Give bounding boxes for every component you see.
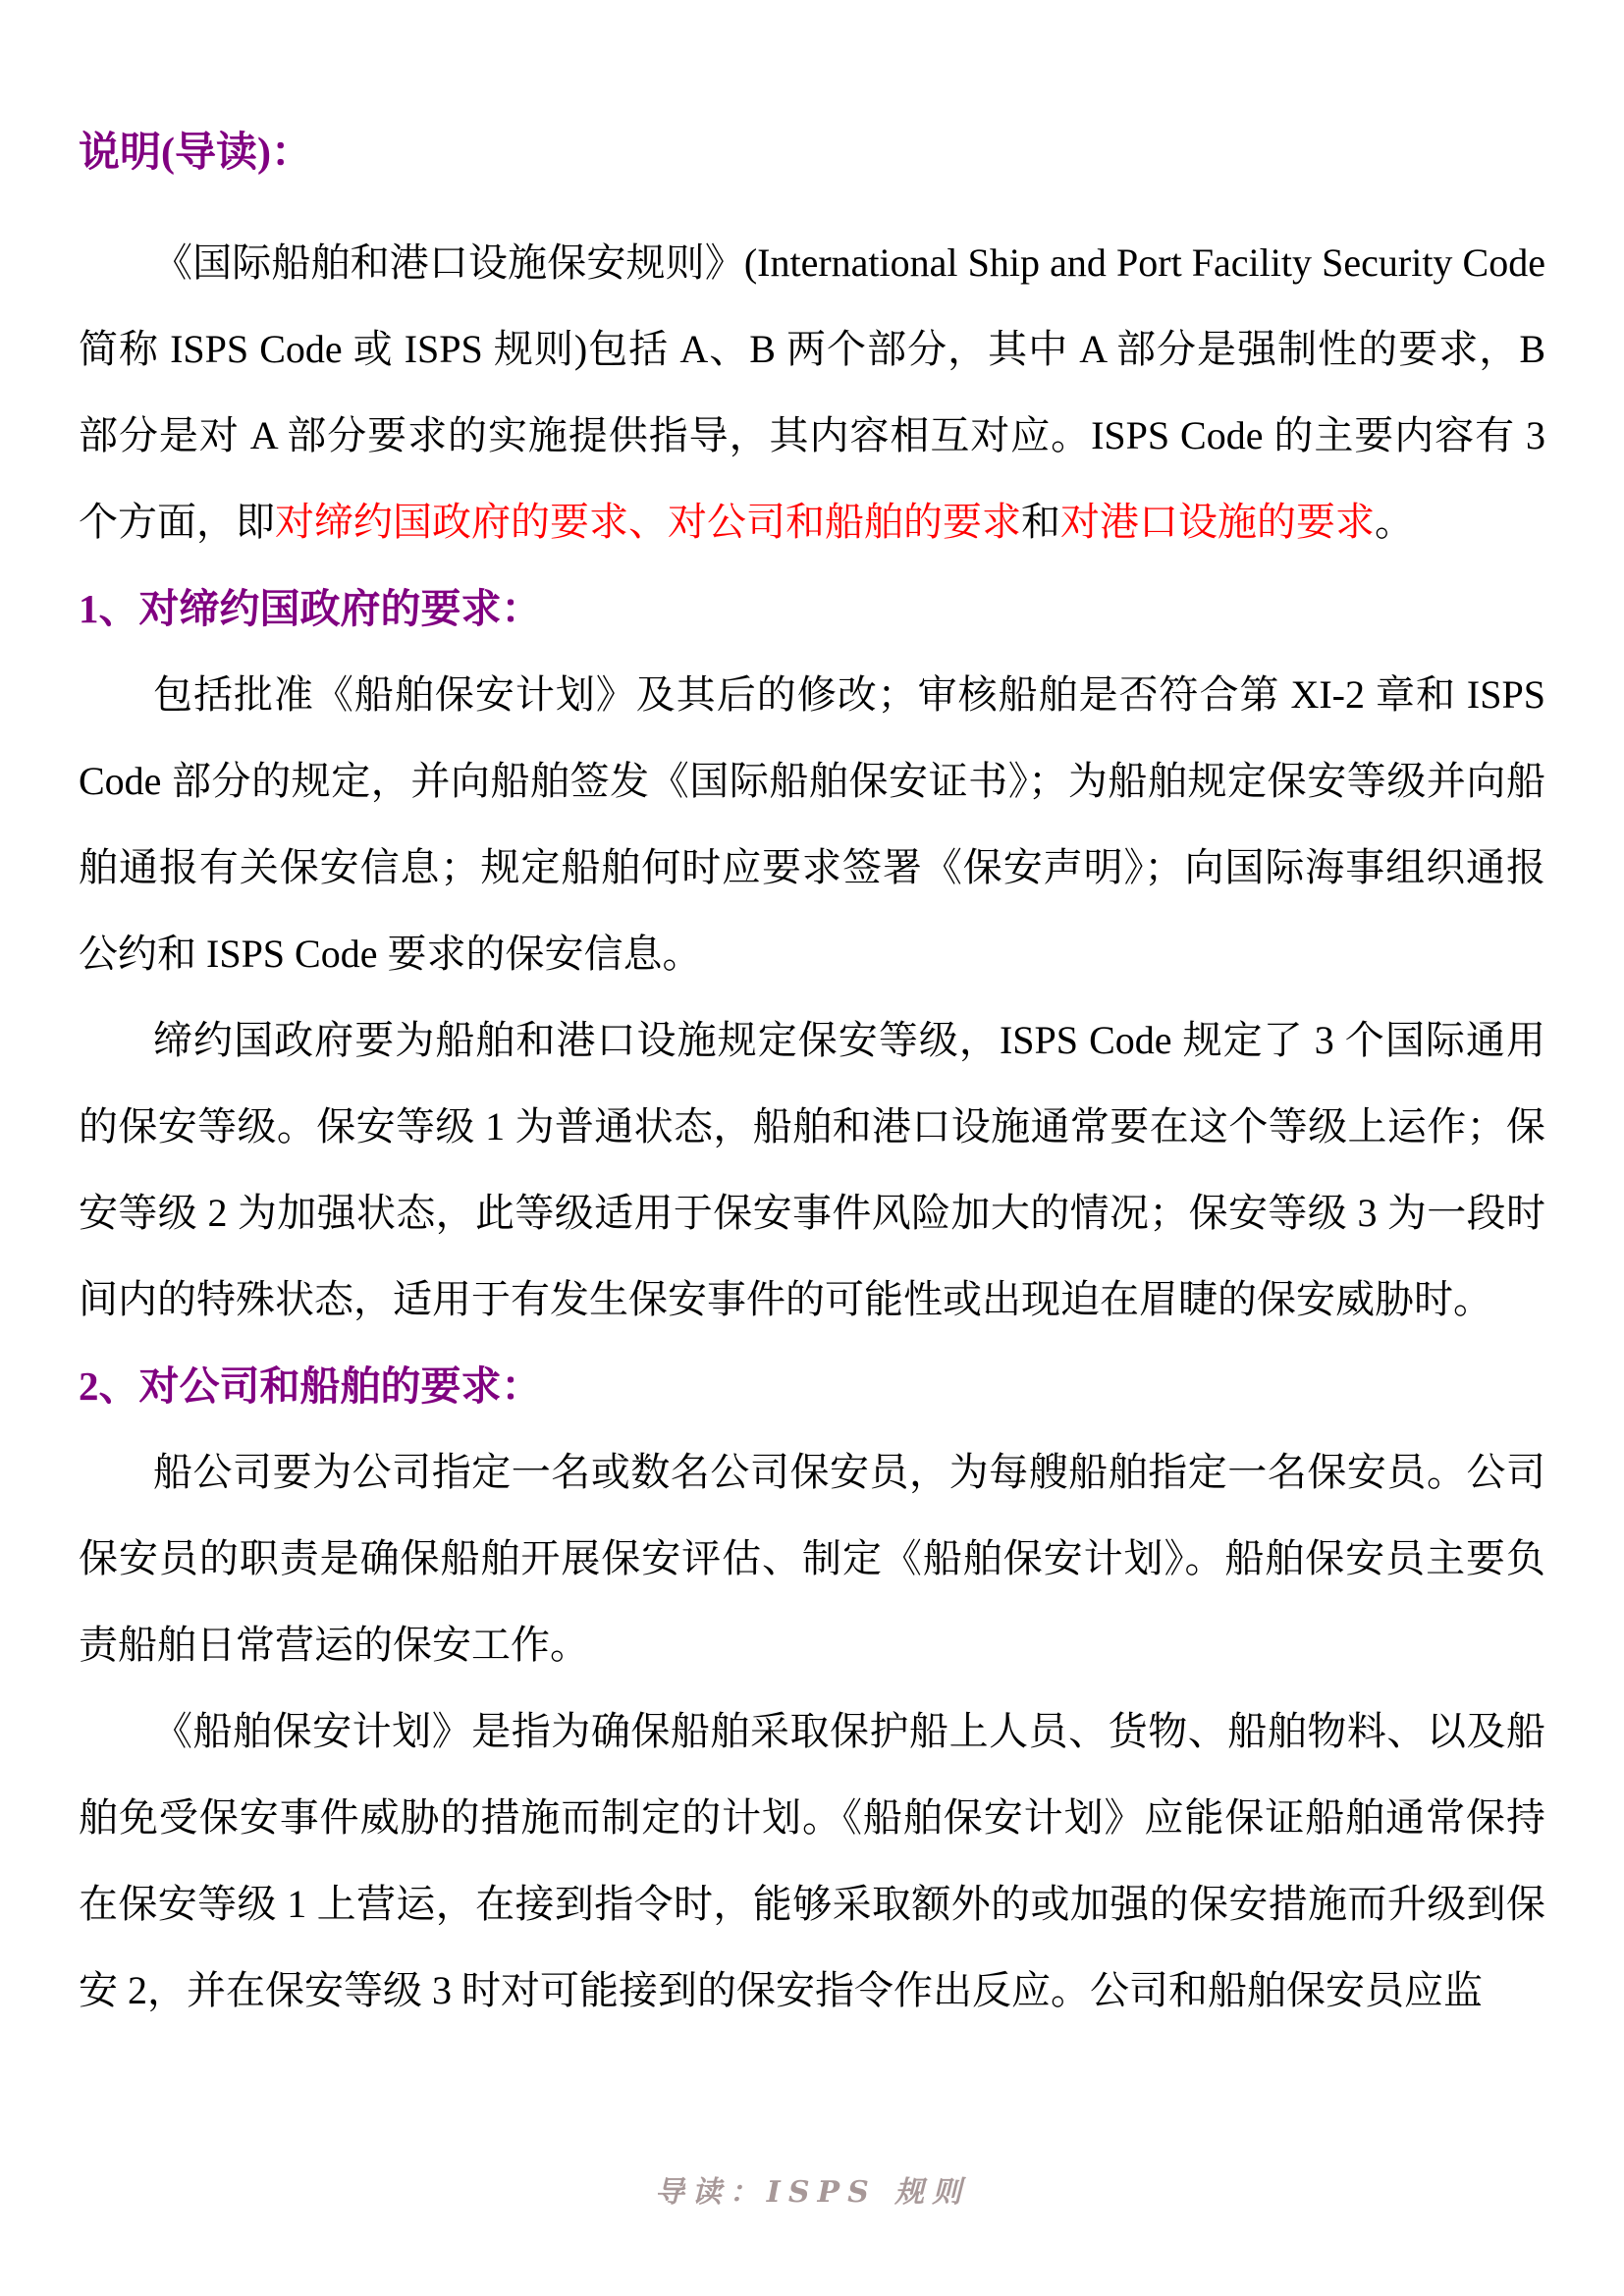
intro-paragraph: 《国际船舶和港口设施保安规则》(International Ship and P… bbox=[79, 220, 1545, 565]
section-2-paragraph-1: 船公司要为公司指定一名或数名公司保安员，为每艘船舶指定一名保安员。公司保安员的职… bbox=[79, 1429, 1545, 1688]
page-footer: 导读：ISPS 规则 bbox=[0, 2167, 1624, 2211]
body-text: 《国际船舶和港口设施保安规则》(International Ship and P… bbox=[79, 240, 1545, 544]
section-1-heading: 1、对缔约国政府的要求： bbox=[79, 565, 1545, 652]
document-page: 说明(导读)： 《国际船舶和港口设施保安规则》(International Sh… bbox=[0, 0, 1624, 2296]
document-title: 说明(导读)： bbox=[79, 110, 1545, 196]
section-1-paragraph-1: 包括批准《船舶保安计划》及其后的修改；审核船舶是否符合第 XI-2 章和 ISP… bbox=[79, 652, 1545, 997]
body-text: 和 bbox=[1021, 500, 1060, 544]
section-2-heading: 2、对公司和船舶的要求： bbox=[79, 1343, 1545, 1429]
section-2-paragraph-2: 《船舶保安计划》是指为确保船舶采取保护船上人员、货物、船舶物料、以及船舶免受保安… bbox=[79, 1688, 1545, 2034]
body-text: 。 bbox=[1375, 500, 1414, 544]
emphasized-text: 对港口设施的要求 bbox=[1060, 500, 1375, 544]
emphasized-text: 对缔约国政府的要求、对公司和船舶的要求 bbox=[275, 500, 1021, 544]
section-1-paragraph-2: 缔约国政府要为船舶和港口设施规定保安等级，ISPS Code 规定了 3 个国际… bbox=[79, 997, 1545, 1343]
